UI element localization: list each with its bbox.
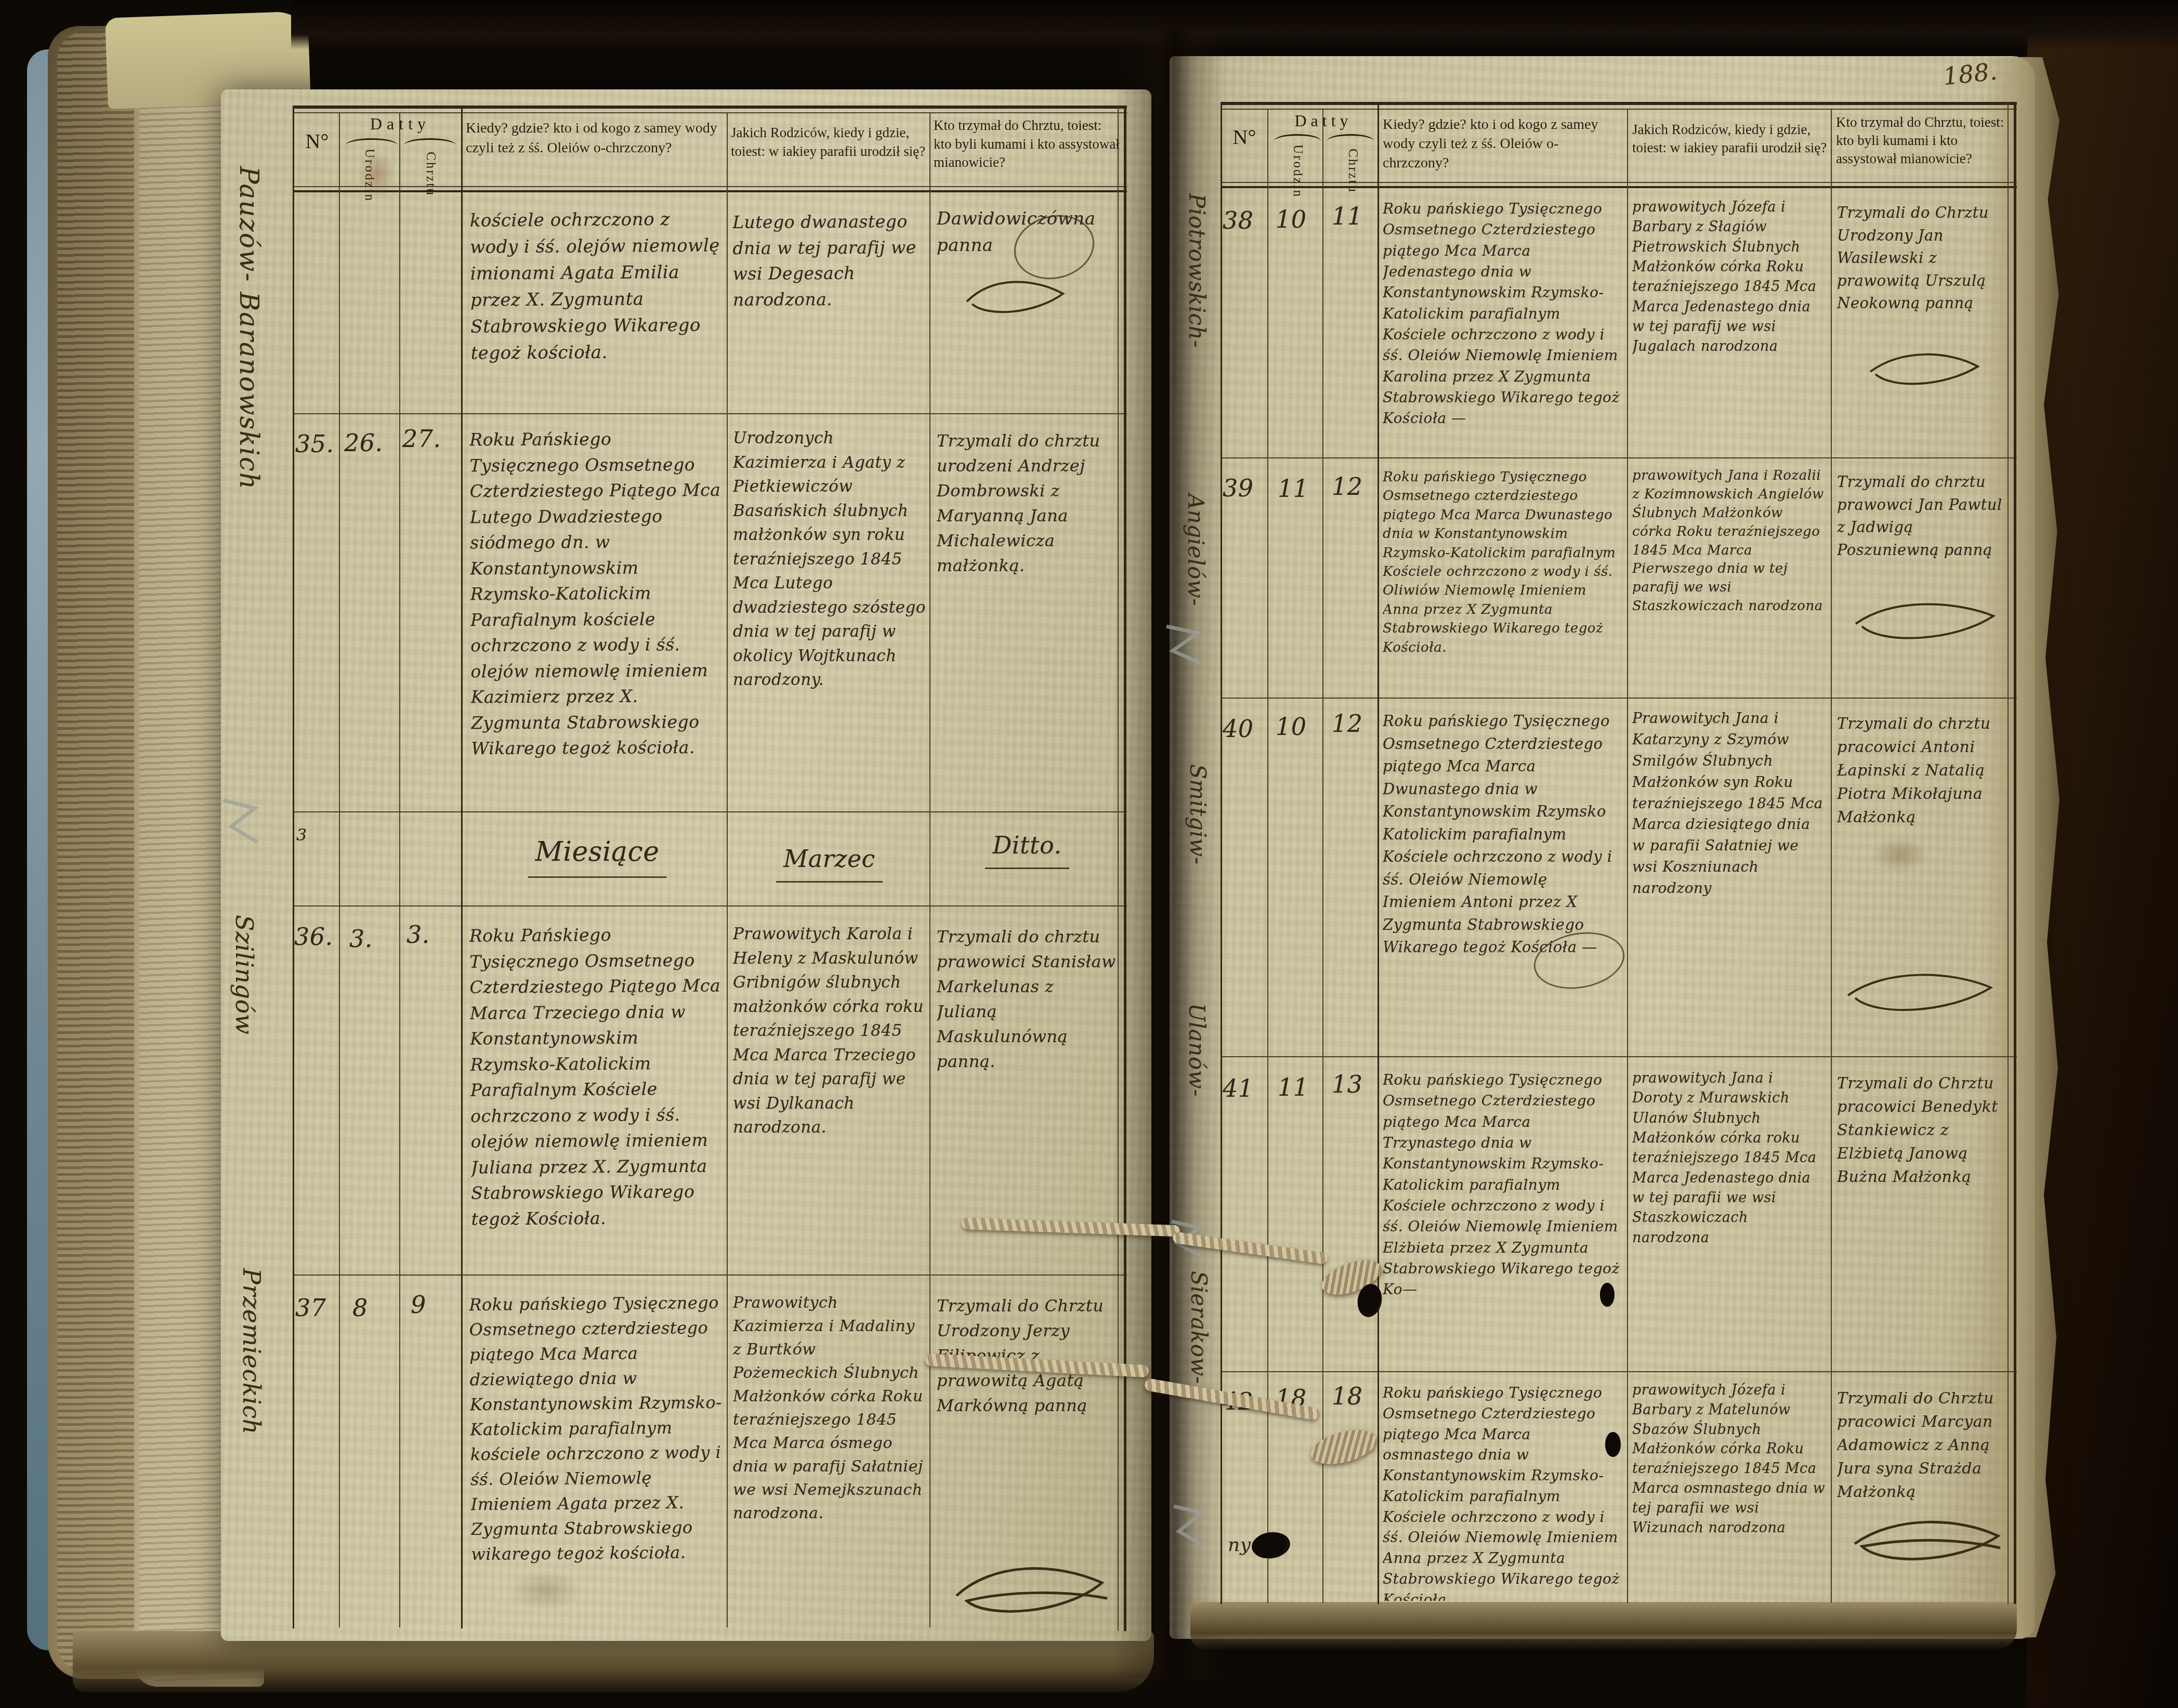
margin-note-gutter: Smitgiw- <box>1182 764 1214 982</box>
record-no: 39 <box>1223 470 1254 506</box>
record-baptized-day: 27. <box>402 421 441 457</box>
left-table-rule <box>399 112 400 1627</box>
cell-parents-continuation: Lutego dwanastego dnia w tej parafij we … <box>732 208 926 407</box>
record-born-day: 10 <box>1276 709 1307 745</box>
left-table-rule <box>339 112 340 1627</box>
record-born-day: 3. <box>349 921 373 957</box>
record-no: 35. <box>295 426 334 462</box>
left-table-rule <box>1124 106 1126 1631</box>
col-header-no: N° <box>1226 125 1263 149</box>
col-header-godparents: Kto trzymał do Chrztu, toiest: kto byli … <box>1836 113 2011 168</box>
col-header-baptized: Chrztu <box>423 152 438 196</box>
left-table-rule <box>293 811 1127 812</box>
record-baptized-day: 12 <box>1332 706 1363 742</box>
col-header-born: Urodzin <box>362 149 376 202</box>
cell-godparents-36: Trzymali do chrztu prawowici Stanisław M… <box>937 924 1118 1257</box>
record-no: 41 <box>1223 1071 1254 1107</box>
right-table-rule <box>1221 109 2017 110</box>
month-row-title: Miesiące <box>470 832 724 878</box>
record-baptized-day: 12 <box>1332 469 1363 505</box>
paper-hole <box>1605 1432 1621 1457</box>
right-table-rule <box>1221 102 1222 1604</box>
cell-parents-36: Prawowitych Karola i Heleny z Maskulunów… <box>733 922 926 1270</box>
scanned-register-photo: 188. N° Datty Urodzin Chrztu Kiedy? gdzi… <box>0 0 2178 1708</box>
pencil-mark <box>1169 1497 1210 1554</box>
margin-note-left: Przemieckich <box>233 1268 269 1632</box>
cell-when-38: Roku pańskiego Tysięcznego Osmsetnego Cz… <box>1383 199 1624 454</box>
margin-note-gutter: Piotrowskich- <box>1180 193 1213 453</box>
right-table-rule <box>1377 102 1379 1604</box>
right-table-rule <box>1267 109 1268 1603</box>
right-table-rule <box>1221 698 2017 699</box>
left-table-rule <box>293 190 1127 192</box>
pencil-mark <box>1162 613 1209 671</box>
cell-parents-41: prawowitych Jana i Doroty z Murawskich U… <box>1632 1069 1827 1366</box>
ink-flourish <box>1851 593 2001 650</box>
left-table-rule <box>293 905 1127 906</box>
cell-when-35: Roku Pańskiego Tysięcznego Osmsetnego Cz… <box>469 426 725 807</box>
cell-when-42: Roku pańskiego Tysięcznego Osmsetnego Cz… <box>1383 1383 1624 1601</box>
record-born-day: 8 <box>352 1290 368 1326</box>
right-table-rule <box>1221 457 2017 458</box>
record-no: 37 <box>295 1290 326 1326</box>
cell-when-41: Roku pańskiego Tysięcznego Osmsetnego Cz… <box>1383 1070 1624 1366</box>
cell-when-36: Roku Pańskiego Tysięcznego Osmsetnego Cz… <box>469 921 726 1272</box>
cell-when-40: Roku pańskiego Tysięcznego Osmsetnego Cz… <box>1383 710 1624 1052</box>
record-no: 40 <box>1223 711 1254 747</box>
cell-when-37: Roku pańskiego Tysięcznego Osmsetnego cz… <box>469 1290 726 1635</box>
stray-margin-note: ny <box>1228 1531 1251 1559</box>
col-header-when: Kiedy? gdzie? kto i od kogo z samey wody… <box>1383 115 1624 173</box>
cell-parents-40: Prawowitych Jana i Katarzyny z Szymów Sm… <box>1632 708 1827 1051</box>
cell-parents-39: prawowitych Jana i Rozalii z Kozimnowski… <box>1632 467 1827 694</box>
col-header-born: Urodzin <box>1290 144 1305 198</box>
left-table-rule <box>929 112 930 1627</box>
margin-note-left: Szilingów <box>226 915 262 1247</box>
left-table-rule <box>293 1275 1127 1276</box>
left-table-rule <box>293 186 1127 187</box>
page-number: 188. <box>1941 54 1999 95</box>
record-baptized-day: 13 <box>1332 1067 1363 1102</box>
cell-parents-35: Urodzonych Kazimierza i Agaty z Pietkiew… <box>733 426 926 805</box>
pencil-mark <box>218 790 265 852</box>
right-table-rule <box>1221 186 2017 188</box>
cell-parents-37: Prawowitych Kazimierza i Madaliny z Burt… <box>733 1291 926 1634</box>
record-baptized-day: 18 <box>1332 1378 1363 1414</box>
record-baptized-day: 9 <box>411 1287 426 1323</box>
ink-flourish <box>1848 1507 2004 1575</box>
right-table-rule <box>1221 1371 2017 1372</box>
right-table-rule <box>1221 1056 2017 1057</box>
margin-note-gutter: Angielów- <box>1179 494 1212 717</box>
cell-godparents-35: Trzymali do chrztu urodzeni Andrzej Domb… <box>937 428 1118 792</box>
right-table-rule <box>1221 102 2017 105</box>
margin-note-left: Pauzów- Baranowskich <box>229 166 268 821</box>
record-born-day: 10 <box>1276 202 1307 238</box>
col-header-datty: Datty <box>343 114 457 134</box>
record-no: 36. <box>294 919 333 955</box>
paper-hole <box>1600 1283 1615 1307</box>
left-table-rule <box>727 112 728 1627</box>
right-table-rule <box>1221 182 2017 183</box>
record-baptized-day: 3. <box>406 917 430 953</box>
month-row-no: 3 <box>296 822 307 847</box>
record-born-day: 11 <box>1278 1070 1309 1106</box>
month-title-text: Miesiące <box>528 832 667 878</box>
cell-parents-42: prawowitych Józefa i Barbary z Matelunów… <box>1632 1381 1827 1600</box>
col-header-baptized: Chrztu <box>1345 149 1360 193</box>
col-header-datty: Datty <box>1271 111 1375 130</box>
month-row-ditto: Ditto. <box>937 827 1118 869</box>
record-born-day: 26. <box>344 425 383 461</box>
ink-flourish <box>951 1554 1118 1627</box>
col-header-when: Kiedy? gdzie? kto i od kogo z samey wody… <box>466 119 724 157</box>
ditto-text: Ditto. <box>985 827 1069 869</box>
col-header-parents: Jakich Rodziców, kiedy i gdzie, toiest: … <box>731 124 927 161</box>
cell-godparents-37: Trzymali do Chrztu Urodzony Jerzy Filipo… <box>937 1293 1118 1574</box>
cover-top-dark <box>291 0 2178 49</box>
left-table-rule <box>293 106 1127 109</box>
right-page-bottom-edge <box>1190 1602 2017 1650</box>
cell-godparents-41: Trzymali do Chrztu pracowici Benedykt St… <box>1837 1072 2009 1352</box>
record-baptized-day: 11 <box>1332 199 1363 234</box>
margin-note-gutter: Ulanów- <box>1180 1003 1213 1227</box>
left-table-rule <box>293 413 1127 414</box>
month-name-text: Marzec <box>776 841 883 883</box>
record-born-day: 11 <box>1278 471 1309 507</box>
cell-when-continuation: kościele ochrzczono z wody i śś. olejów … <box>470 206 724 408</box>
col-header-parents: Jakich Rodziców, kiedy i gdzie, toiest: … <box>1632 121 1828 157</box>
right-table-rule <box>2014 102 2016 1604</box>
cell-parents-38: prawowitych Józefa i Barbary z Słagiów P… <box>1632 198 1827 454</box>
right-table-rule <box>1627 109 1628 1603</box>
month-row-month: Marzec <box>732 841 927 883</box>
col-header-godparents: Kto trzymał do Chrztu, toiest: kto byli … <box>934 116 1122 172</box>
left-table-rule <box>1118 106 1119 1631</box>
ink-flourish <box>1843 962 1999 1024</box>
left-table-rule <box>461 106 463 1628</box>
cell-when-39: Roku pańskiego Tysięcznego Osmsetnego cz… <box>1383 468 1624 694</box>
left-table-rule <box>293 106 294 1628</box>
right-table-rule <box>1831 109 1832 1603</box>
right-table-rule <box>1322 109 1323 1603</box>
ink-flourish <box>1866 343 1986 395</box>
record-no: 38 <box>1223 203 1254 239</box>
left-table-rule <box>293 112 1127 113</box>
cell-godparents-40: Trzymali do chrztu pracowici Antoni Łapi… <box>1837 712 2009 1003</box>
cell-godparents-38: Trzymali do Chrztu Urodzony Jan Wasilews… <box>1837 202 2009 446</box>
col-header-no: N° <box>299 129 335 153</box>
